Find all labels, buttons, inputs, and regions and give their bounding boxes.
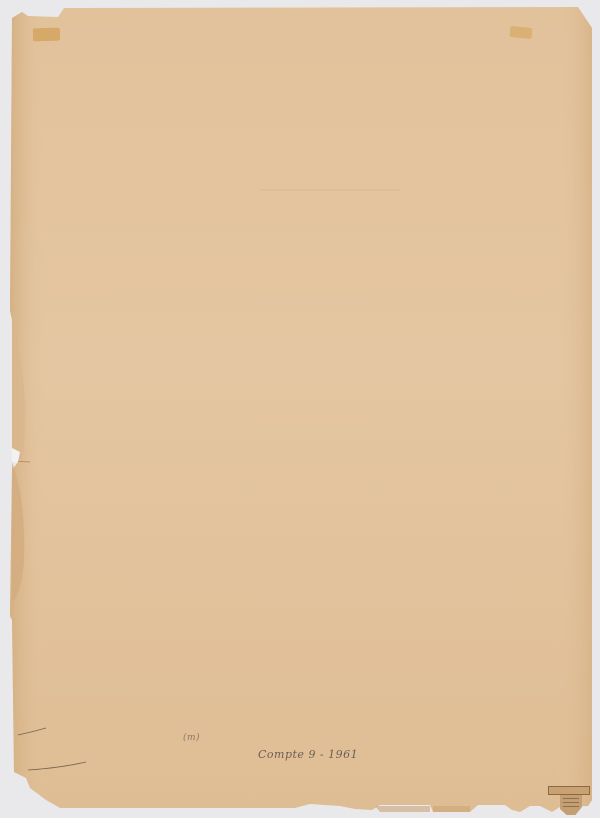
tape-remnant	[509, 26, 532, 39]
dealer-label	[548, 786, 590, 795]
tape-remnant	[33, 28, 60, 42]
paper-sheet	[0, 0, 600, 818]
pencil-mark: (m)	[183, 733, 200, 743]
pencil-inscription: Compte 9 - 1961	[258, 748, 358, 761]
photo-stage: (m) Compte 9 - 1961	[0, 0, 600, 818]
